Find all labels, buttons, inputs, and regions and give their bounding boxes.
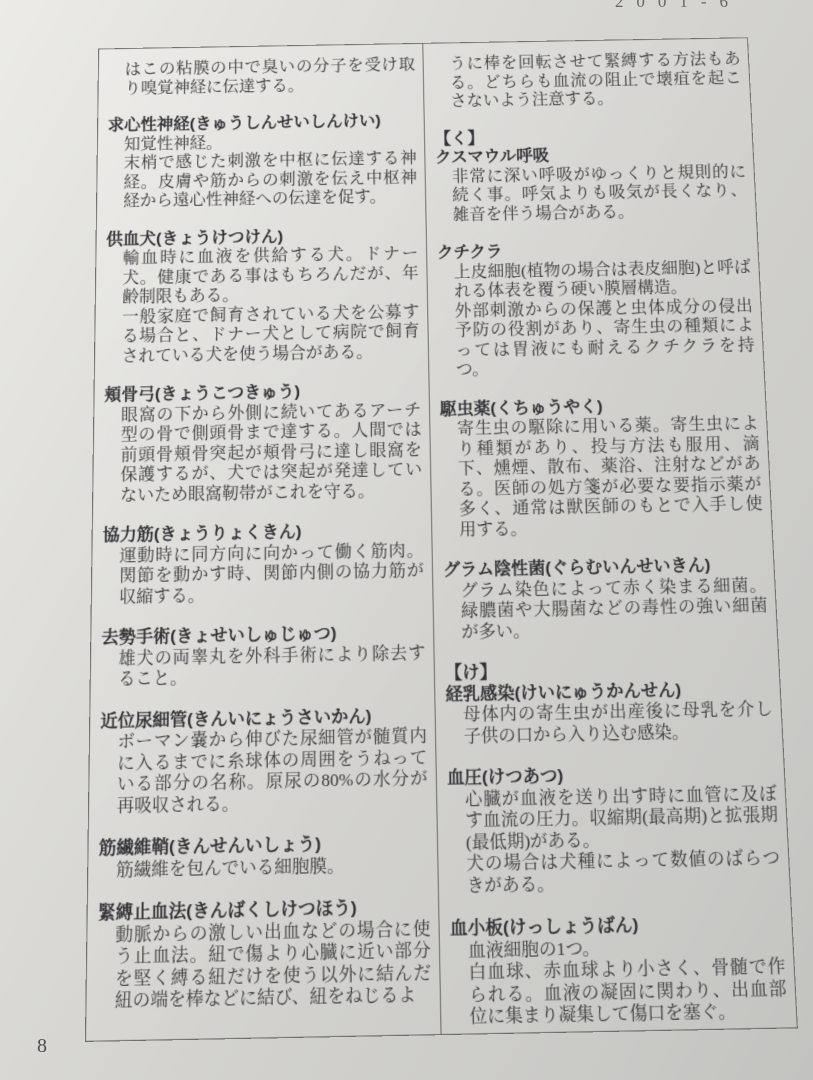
- entry-term: クスマウル呼吸: [435, 147, 549, 167]
- glossary-entry: 血小板(けっしょうばん)血液細胞の1つ。白血球、赤血球より小さく、骨髄で作られる…: [450, 912, 788, 1029]
- definition-paragraph: 末梢で感じた刺激を中枢に伝達する神経。皮膚や筋からの刺激を伝え中枢神経から遠心性…: [107, 149, 418, 212]
- entry-term: グラム陰性菌: [443, 559, 546, 580]
- entry-term: 頬骨弓: [104, 385, 155, 404]
- entry-term: 去勢手術: [101, 627, 170, 648]
- definition-paragraph: 非常に深い呼吸がゆっくりと規則的に続く事。呼気よりも吸気が長くなり、雑音を伴う場…: [435, 162, 748, 225]
- entry-term: クチクラ: [437, 243, 503, 262]
- entry-term: 経乳感染: [445, 683, 515, 704]
- glossary-entry: 筋繊維鞘(きんせんいしょう)筋繊維を包んでいる細胞膜。: [98, 832, 429, 881]
- entry-reading: (きんせんいしょう): [169, 834, 321, 857]
- glossary-entry: 頬骨弓(きょうこつきゅう)眼窩の下から外側に続いてあるアーチ型の骨で側頭骨まで達…: [103, 380, 423, 506]
- entry-reading: (きょうこつきゅう): [155, 382, 300, 403]
- entry-reading: (きょうりょくきん): [154, 522, 302, 544]
- continuation-block: うに棒を回転させて緊縛する方法もある。どちらも血流の阻止で壊疽を起こさないよう注…: [433, 50, 743, 111]
- entry-term: 協力筋: [103, 525, 154, 545]
- entry-reading: (けっしょうばん): [503, 915, 639, 938]
- glossary-entry: 協力筋(きょうりょくきん)運動時に同方向に向かって働く筋肉。関節を動かす時、関節…: [102, 520, 425, 608]
- glossary-entry: 血圧(けつあつ)心臓が血液を送り出す時に血管に及ぼす血流の圧力。収縮期(最高期)…: [447, 762, 782, 897]
- definition-paragraph: はこの粘膜の中で臭いの分子を受け取り嗅覚神経に伝達する。: [108, 56, 415, 99]
- glossary-column-right: うに棒を回転させて緊縛する方法もある。どちらも血流の阻止で壊疽を起こさないよう注…: [423, 38, 797, 1034]
- glossary-entry: クチクラ上皮細胞(植物の場合は表皮細胞)と呼ばれる体表を覆う硬い膜層構造。外部刺…: [437, 238, 756, 380]
- glossary-entry: 緊縛止血法(きんばくしけつほう)動脈からの激しい出血などの場合に使う止血法。紐で…: [97, 897, 432, 1013]
- entry-reading: (きょせいしゅじゅつ): [170, 624, 336, 646]
- glossary-column-left: はこの粘膜の中で臭いの分子を受け取り嗅覚神経に伝達する。求心性神経(きゅうしんせ…: [86, 44, 442, 1041]
- continuation-block: はこの粘膜の中で臭いの分子を受け取り嗅覚神経に伝達する。: [108, 56, 415, 99]
- definition-paragraph: 雄犬の両睾丸を外科手術により除去すること。: [101, 643, 426, 691]
- entry-term: 筋繊維鞘: [99, 837, 169, 858]
- definition-paragraph: うに棒を回転させて緊縛する方法もある。どちらも血流の阻止で壊疽を起こさないよう注…: [433, 50, 743, 111]
- entry-term: 求心性神経: [108, 115, 190, 134]
- entry-reading: (けいにゅうかんせん): [514, 680, 681, 703]
- entry-reading: (きょうけつけん): [156, 227, 283, 247]
- glossary-entry: 駆虫薬(くちゅうやく)寄生虫の駆除に用いる薬。寄生虫により種類があり、投与方法も…: [440, 394, 764, 541]
- definition-paragraph: 一般家庭で飼育されている犬を公募する場合と、ドナー犬として病院で飼育されている犬…: [105, 302, 420, 366]
- entry-reading: (くちゅうやく): [490, 397, 603, 417]
- entry-reading: (ぐらむいんせいきん): [545, 556, 711, 578]
- glossary-entry: 供血犬(きょうけつけん)輸血時に血液を供給する犬。ドナー犬。健康である事はもちろ…: [105, 225, 420, 367]
- entry-reading: (きんいにょうさいかん): [187, 706, 372, 729]
- entry-term: 血圧: [447, 768, 482, 788]
- definition-paragraph: 母体内の寄生虫が出産後に母乳を介し子供の口から入り込む感染。: [446, 699, 775, 747]
- definition-paragraph: 白血球、赤血球より小さく、骨髄で作られる。血液の凝固に関わり、出血部位に集まり凝…: [451, 956, 788, 1029]
- definition-paragraph: 寄生虫の駆除に用いる薬。寄生虫により種類があり、投与方法も服用、滴下、燻煙、散布…: [440, 414, 764, 541]
- entry-term: 供血犬: [106, 229, 156, 248]
- entry-reading: (きんばくしけつほう): [186, 898, 357, 921]
- glossary-sheet: はこの粘膜の中で臭いの分子を受け取り嗅覚神経に伝達する。求心性神経(きゅうしんせ…: [85, 37, 798, 1042]
- page-number: 8: [37, 1035, 47, 1058]
- definition-paragraph: 眼窩の下から外側に続いてあるアーチ型の骨で側頭骨まで達する。人間では前頭骨頬骨突…: [103, 400, 423, 506]
- entry-term: 駆虫薬: [440, 399, 491, 418]
- glossary-entry: 経乳感染(けいにゅうかんせん)母体内の寄生虫が出産後に母乳を介し子供の口から入り…: [445, 678, 774, 747]
- glossary-entry: グラム陰性菌(ぐらむいんせいきん)グラム染色によって赤く染まる細菌。緑膿菌や大腸…: [443, 555, 769, 643]
- definition-paragraph: 輸血時に血液を供給する犬。ドナー犬。健康である事はもちろんだが、年齢制限もある。: [106, 244, 420, 308]
- glossary-entry: 求心性神経(きゅうしんせいしんけい)知覚性神経。末梢で感じた刺激を中枢に伝達する…: [107, 111, 418, 211]
- definition-paragraph: 犬の場合は犬種によって数値のばらつきがある。: [449, 848, 782, 898]
- definition-paragraph: 動脈からの激しい出血などの場合に使う止血法。紐で傷より心臓に近い部分を堅く縛る紐…: [97, 918, 432, 1012]
- document-code: 2001-6: [615, 0, 741, 12]
- entry-term: 緊縛止血法: [98, 901, 186, 923]
- entry-term: 血小板: [450, 918, 503, 939]
- definition-paragraph: グラム染色によって赤く染まる細菌。緑膿菌や大腸菌などの毒性の強い細菌が多い。: [443, 575, 769, 643]
- entry-term: 近位尿細管: [100, 710, 187, 731]
- glossary-entry: クスマウル呼吸非常に深い呼吸がゆっくりと規則的に続く事。呼気よりも吸気が長くなり…: [435, 143, 749, 225]
- entry-reading: (けつあつ): [482, 766, 564, 787]
- definition-paragraph: 外部刺激からの保護と虫体成分の侵出予防の役割があり、寄生虫の種類によっては胃液に…: [438, 296, 756, 380]
- glossary-entry: 近位尿細管(きんいにょうさいかん)ボーマン嚢から伸びた尿細管が髄質内に入るまでに…: [99, 705, 428, 817]
- glossary-entry: 去勢手術(きょせいしゅじゅつ)雄犬の両睾丸を外科手術により除去すること。: [101, 622, 426, 690]
- entry-reading: (きゅうしんせいしんけい): [190, 112, 381, 133]
- definition-paragraph: 運動時に同方向に向かって働く筋肉。関節を動かす時、関節内側の協力筋が収縮する。: [102, 540, 425, 607]
- definition-paragraph: 心臓が血液を送り出す時に血管に及ぼす血流の圧力。収縮期(最高期)と拡張期(最低期…: [447, 783, 779, 854]
- definition-paragraph: ボーマン嚢から伸びた尿細管が髄質内に入るまでに糸球体の周囲をうねっている部分の名…: [99, 726, 428, 817]
- definition-paragraph: 上皮細胞(植物の場合は表皮細胞)と呼ばれる体表を覆う硬い膜層構造。: [437, 257, 752, 301]
